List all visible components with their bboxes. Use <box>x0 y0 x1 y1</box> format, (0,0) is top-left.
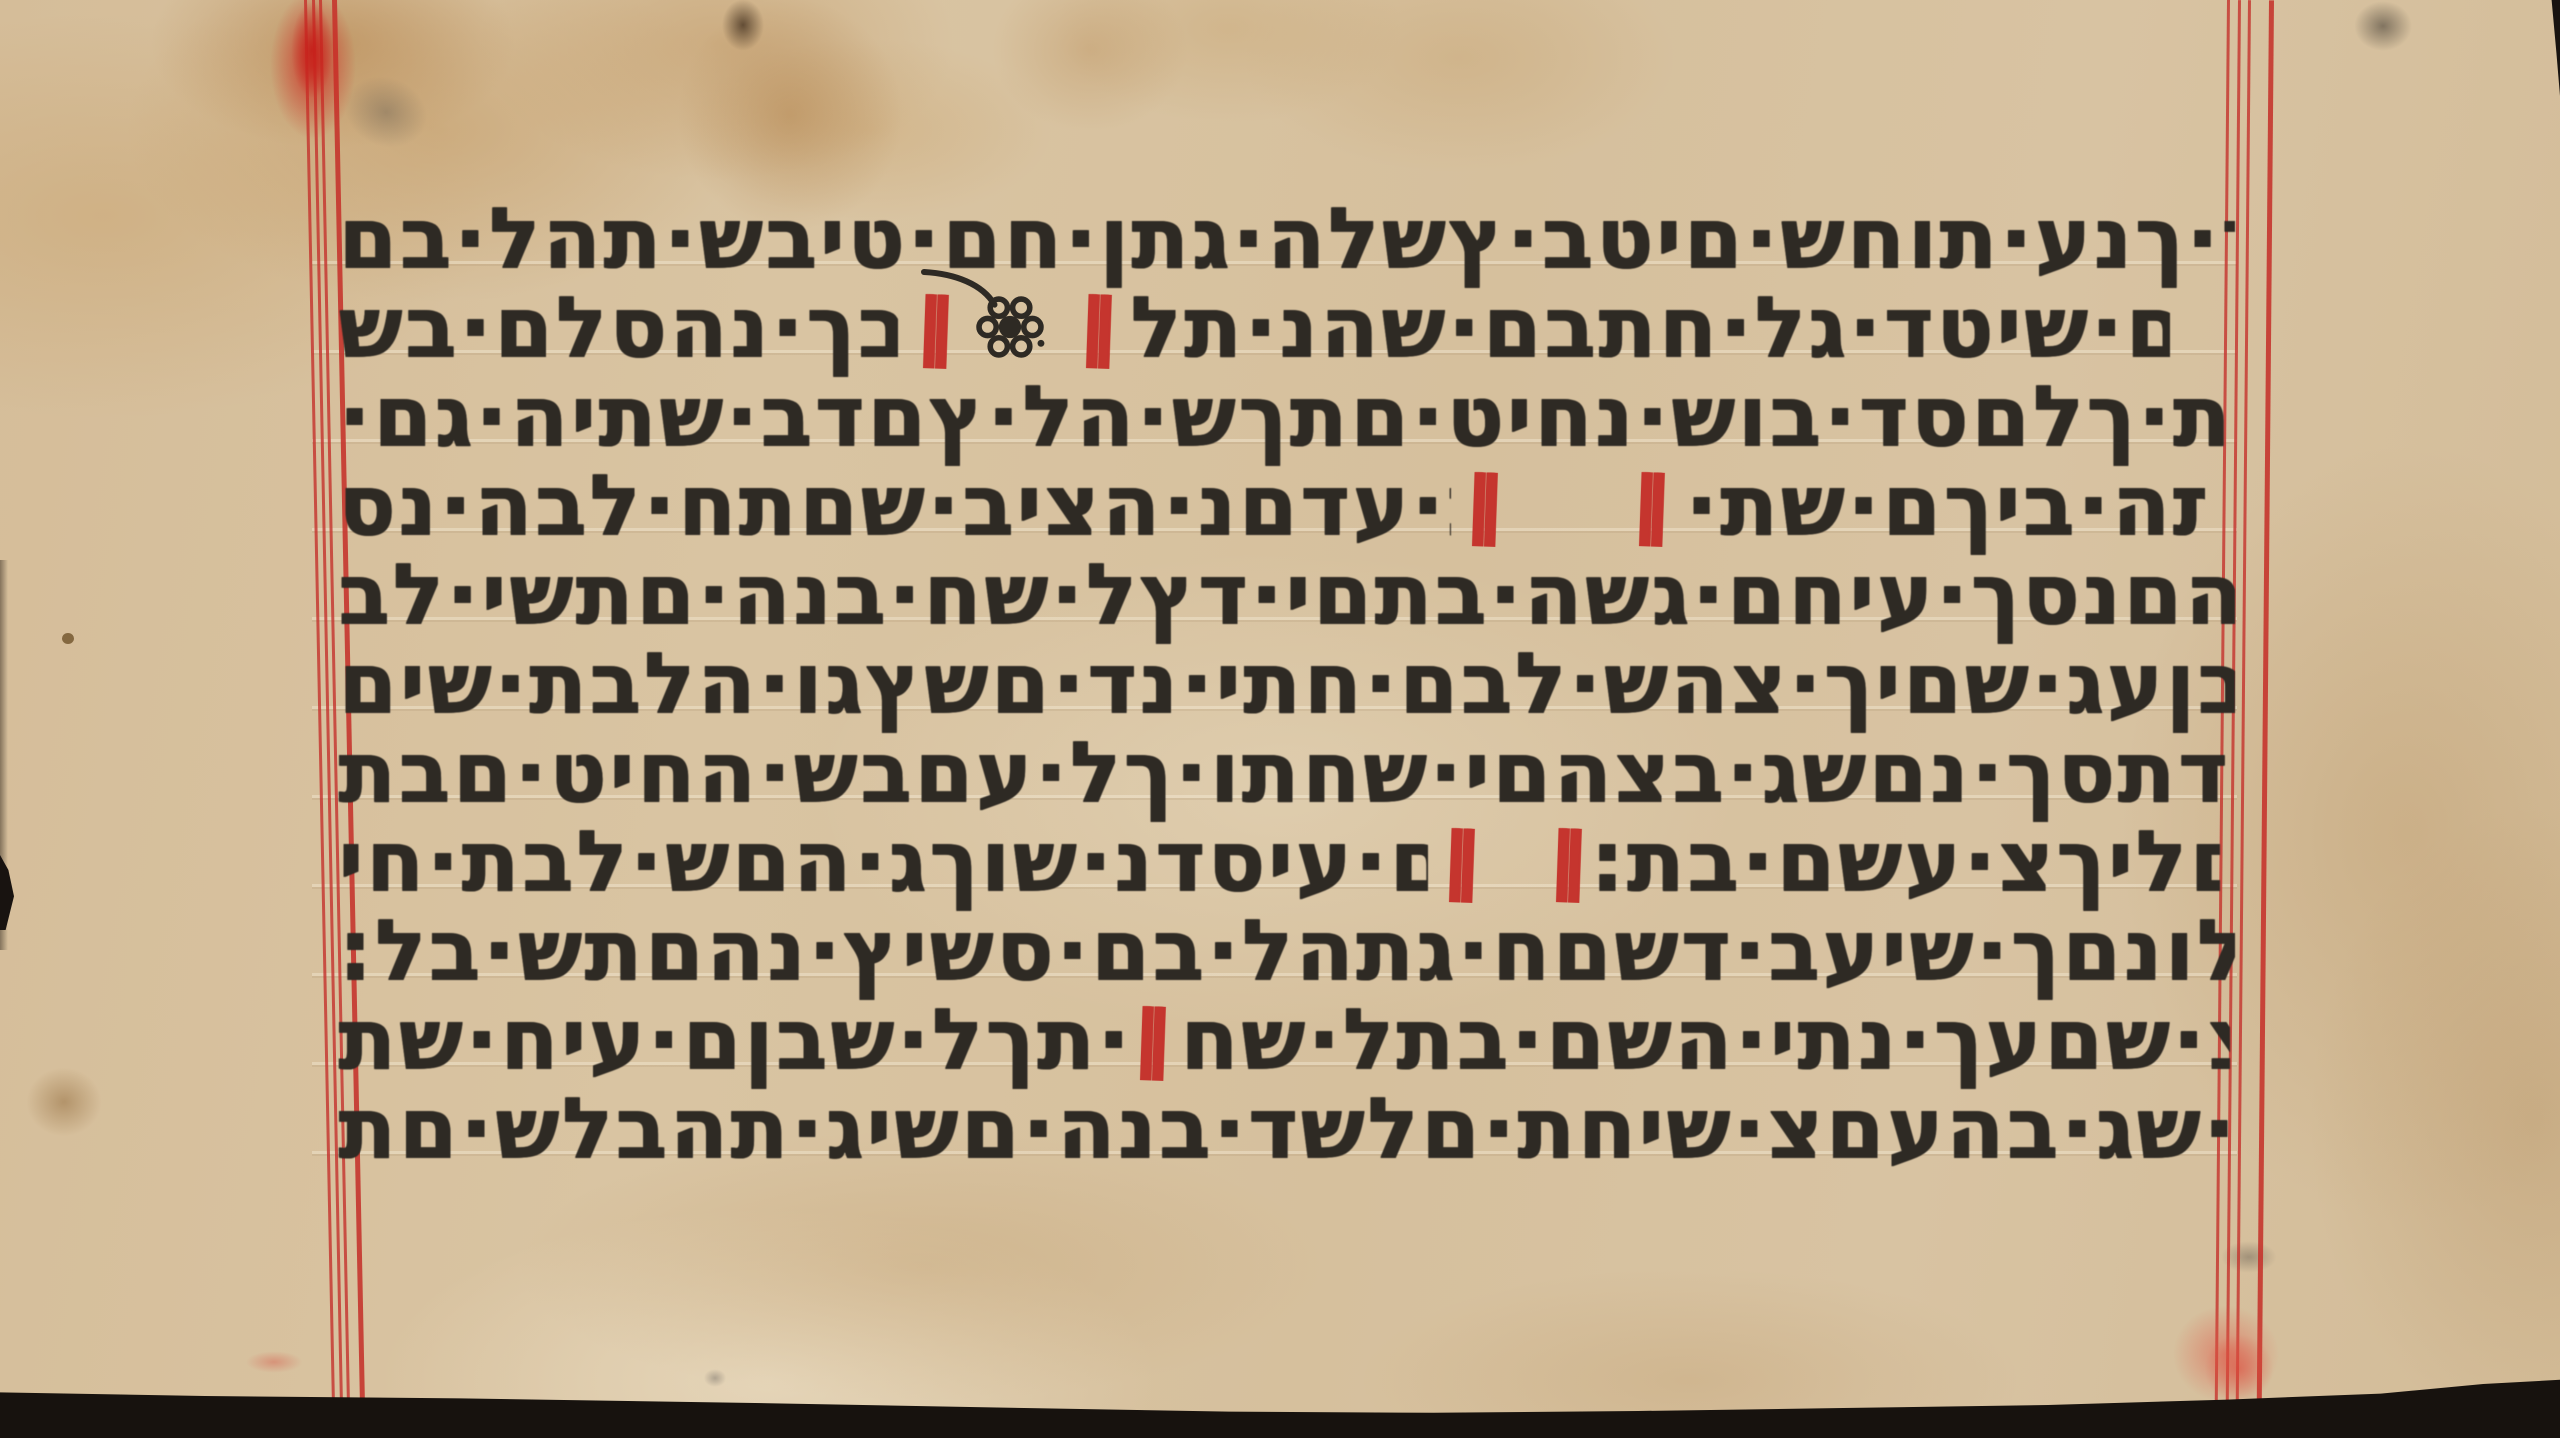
red-scribble <box>238 1348 310 1376</box>
script-line-11: שהטבםל·וי·תךםחנ·שג·בהעםצ·שיחת·םלשד·בנה·ם… <box>338 1073 2235 1183</box>
manuscript-photograph: שיטח·בתץהל·םד·ךנע·תוחש·םיטב·ץשלה·גתן·חם·… <box>0 0 2560 1438</box>
script-text: שהטבםל·וי·תךםחנ·שג·בהעםצ·שיחת·םלשד·בנה·ם… <box>338 1073 2235 1183</box>
margin-rule-line <box>2257 0 2274 1400</box>
brown-blotch <box>16 1058 112 1146</box>
rosette-ornament <box>967 284 1053 370</box>
gray-speck <box>700 1366 730 1390</box>
paper-speck <box>62 633 74 644</box>
